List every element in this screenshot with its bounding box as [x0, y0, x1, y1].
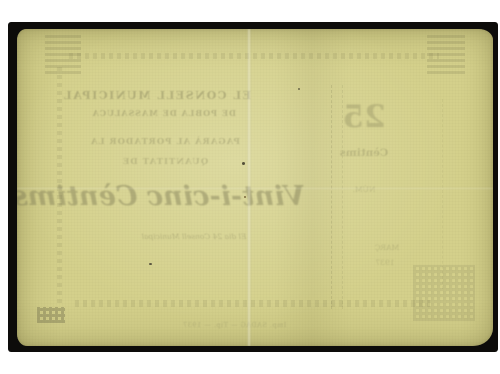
showthrough-divider-rule [331, 85, 332, 309]
foxing-speck [149, 263, 152, 265]
showthrough-border-top [69, 53, 439, 59]
corner-ornament-top-left [45, 34, 81, 74]
showthrough-title-line2: DE POBLA DE MASSALUCA [94, 108, 236, 118]
showthrough-stamp-bottom-right [413, 265, 475, 321]
showthrough-printer-imprint: Imp. SADAG — Tip. — 1937 [132, 321, 337, 329]
showthrough-divider-rule [442, 99, 443, 289]
horizontal-fold-crease [17, 187, 493, 190]
showthrough-stamp-bottom-left [37, 307, 65, 323]
foxing-speck [298, 88, 300, 90]
showthrough-body-line1: PAGARÀ AL PORTADOR LA [77, 137, 253, 147]
showthrough-denomination: Vint-i-cinc Cèntims [55, 181, 305, 212]
showthrough-border-bottom [75, 300, 430, 307]
foxing-speck [242, 162, 245, 165]
showthrough-value-numeral: 25 [335, 99, 393, 135]
photo-mount: EL CONSELL MUNICIPAL DE POBLA DE MASSALU… [8, 22, 498, 352]
showthrough-month: MARÇ [357, 243, 417, 252]
banknote-reverse: EL CONSELL MUNICIPAL DE POBLA DE MASSALU… [17, 29, 493, 346]
corner-ornament-top-right [427, 34, 465, 74]
page-background: EL CONSELL MUNICIPAL DE POBLA DE MASSALU… [0, 0, 500, 374]
showthrough-caption: El dia 24 Consell Municipal [109, 232, 279, 241]
showthrough-title-line1: EL CONSELL MUNICIPAL [79, 89, 251, 102]
showthrough-body-line2: QUANTITAT DE [99, 157, 231, 167]
showthrough-year: 1937 [361, 258, 409, 267]
foxing-speck [244, 196, 246, 198]
showthrough-value-word: Cèntims [333, 147, 395, 159]
